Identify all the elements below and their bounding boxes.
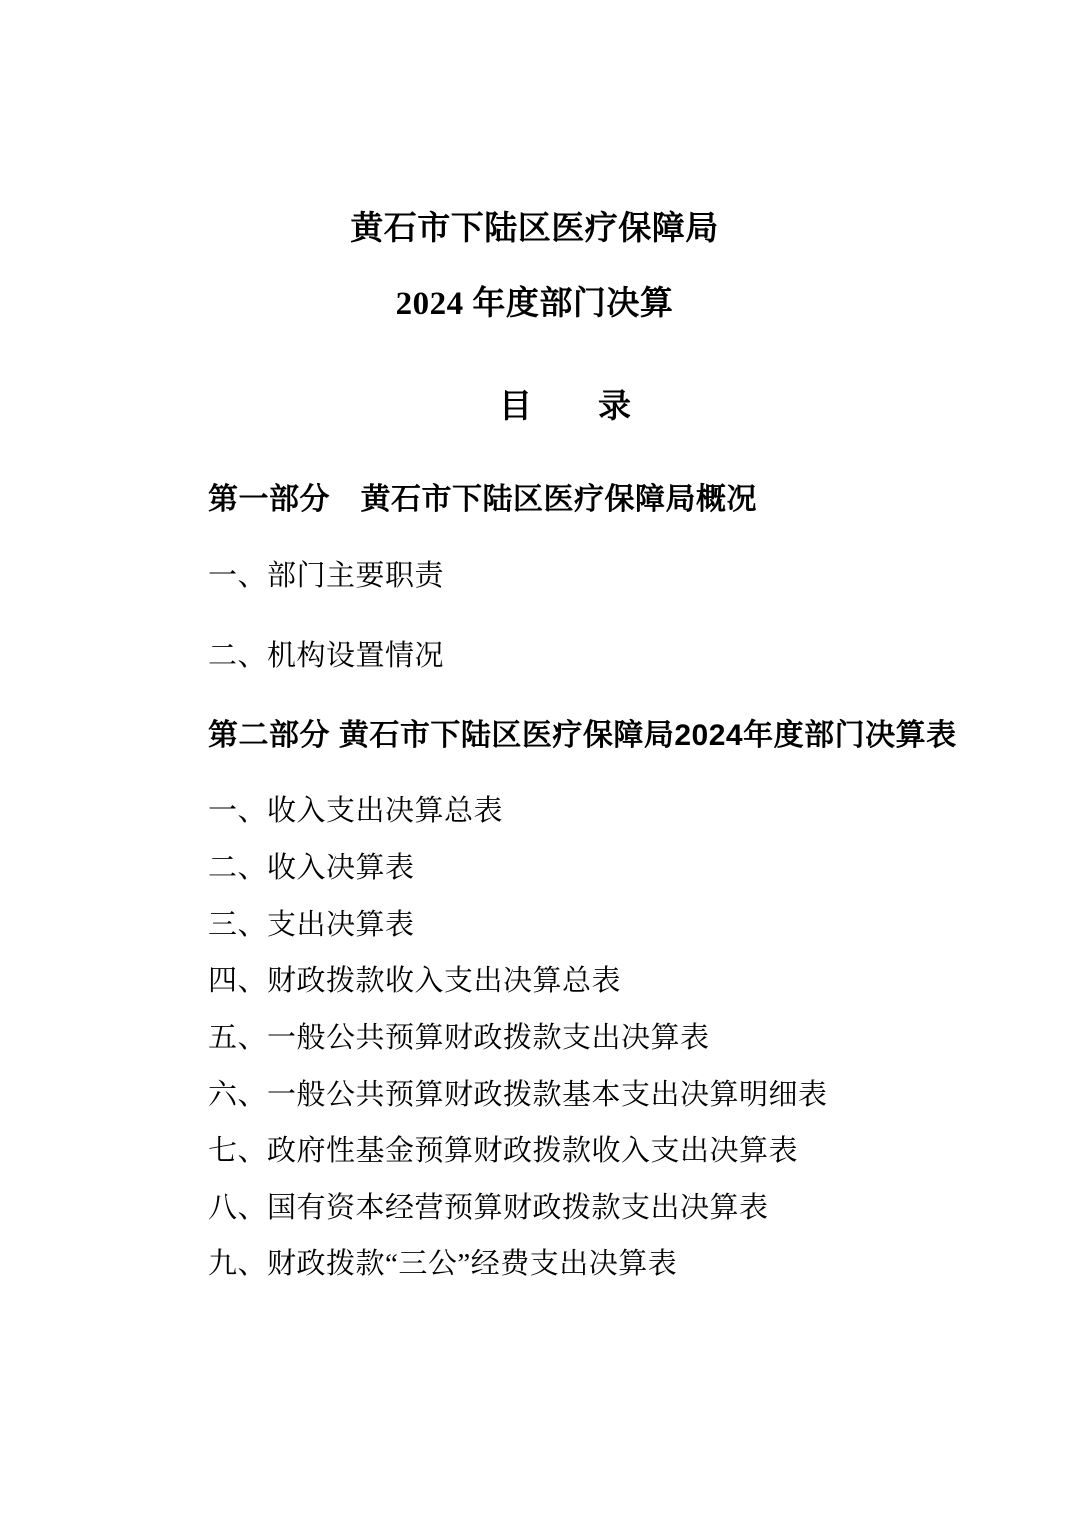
document-page: 黄石市下陆区医疗保障局 2024 年度部门决算 目 录 第一部分 黄石市下陆区医… (0, 0, 1069, 1514)
toc-item-part2-2: 二、收入决算表 (208, 852, 415, 885)
toc-item-part2-5: 五、一般公共预算财政拨款支出决算表 (208, 1022, 710, 1055)
toc-item-part1-2: 二、机构设置情况 (208, 640, 444, 673)
toc-item-part1-1: 一、部门主要职责 (208, 560, 444, 593)
toc-heading: 目 录 (499, 387, 631, 425)
document-title-line-1: 黄石市下陆区医疗保障局 (0, 211, 1069, 249)
toc-item-part2-1: 一、收入支出决算总表 (208, 795, 503, 828)
toc-item-part2-9: 九、财政拨款“三公”经费支出决算表 (208, 1248, 677, 1281)
document-title-line-2: 2024 年度部门决算 (0, 286, 1069, 324)
toc-part-2-heading: 第二部分 黄石市下陆区医疗保障局2024年度部门决算表 (208, 719, 957, 754)
toc-item-part2-4: 四、财政拨款收入支出决算总表 (208, 965, 621, 998)
toc-item-part2-3: 三、支出决算表 (208, 909, 415, 942)
toc-part-1-heading: 第一部分 黄石市下陆区医疗保障局概况 (208, 483, 757, 518)
toc-item-part2-8: 八、国有资本经营预算财政拨款支出决算表 (208, 1192, 769, 1225)
toc-item-part2-7: 七、政府性基金预算财政拨款收入支出决算表 (208, 1135, 798, 1168)
toc-item-part2-6: 六、一般公共预算财政拨款基本支出决算明细表 (208, 1079, 828, 1112)
